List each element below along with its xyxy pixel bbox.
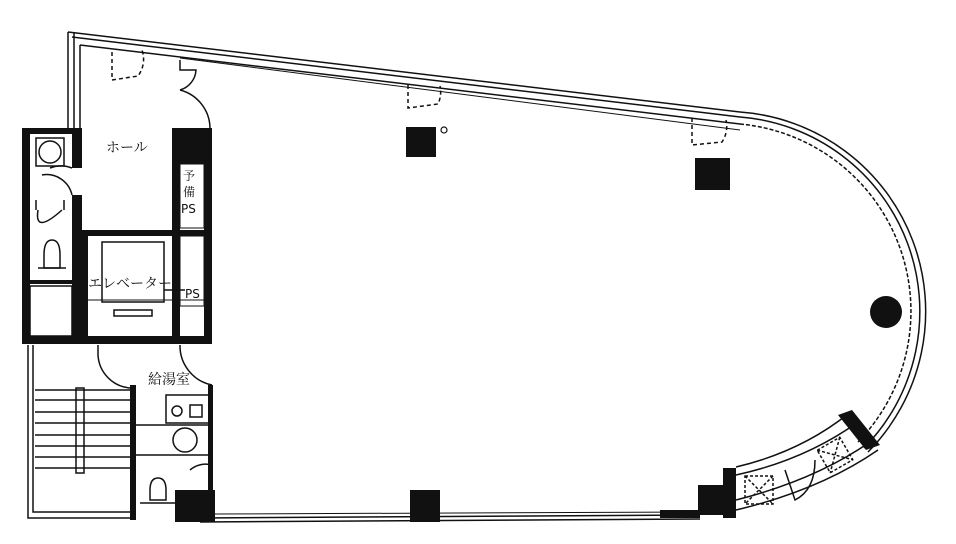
structural-walls [22,127,902,522]
elevator-car [102,242,164,302]
room-label-reserve-1: 予 [183,169,195,183]
room-label-hall: ホール [106,140,148,156]
room-label-elevator: エレベーター [88,276,172,292]
door-hall-entry[interactable] [180,60,196,90]
staircase [35,388,130,473]
room-label-reserve-2: 備 [183,184,195,199]
room-label-reserve-ps: PS [181,202,196,216]
room-label-ps: PS [185,287,200,301]
room-label-kitchenette: 給湯室 [148,372,190,388]
floor-plan: ホール 予 備 PS エレベーター PS 給湯室 [0,0,956,544]
window-top-2 [408,85,441,108]
window-top-1 [112,50,144,80]
